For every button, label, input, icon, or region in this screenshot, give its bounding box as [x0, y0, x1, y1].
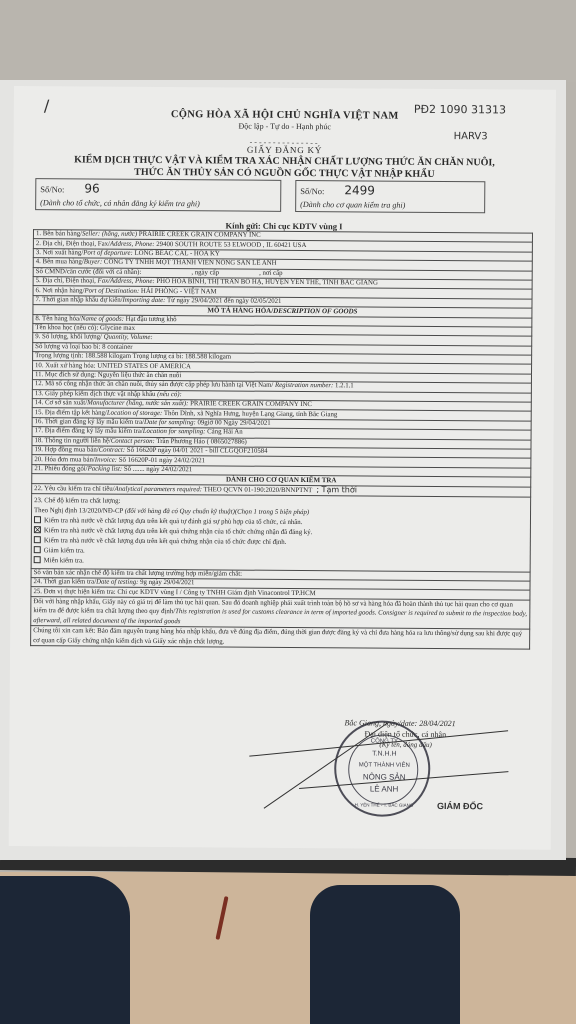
- field-text: Address, Phone:: [110, 240, 155, 247]
- field-text: 22. Yêu cầu kiểm tra chỉ tiêu/: [34, 485, 114, 493]
- regime-option-5[interactable]: Miễn kiểm tra.: [34, 556, 528, 569]
- field-text: 7. Thời gian nhập khẩu dự kiến/: [35, 296, 122, 304]
- field-text: Giảm kiểm tra.: [44, 547, 85, 554]
- field-text: PRAIRIE CREEK GRAIN COMPANY INC: [188, 400, 312, 408]
- field-text: Kiểm tra nhà nước về chất lượng dựa trên…: [44, 517, 302, 526]
- field-text: 25. Đơn vị thực hiện kiểm tra:: [33, 588, 115, 596]
- field-text: (đối với hàng đã có Quy chuẩn kỹ thuật)(…: [125, 507, 309, 515]
- field-text: 9. Số lượng, khối lượng/: [35, 334, 102, 341]
- field-text: 20. Hóa đơn mua bán/: [34, 456, 94, 463]
- field-text: 16. Thời gian đăng ký lấy mẫu kiểm tra/: [35, 418, 144, 426]
- field-text: Analytical parameters required:: [115, 485, 203, 493]
- right-foot: [310, 885, 460, 1024]
- director-title: GIÁM ĐỐC: [437, 801, 483, 811]
- field-text: 13. Giấy phép kiểm dịch thực vật nhập kh…: [35, 390, 157, 398]
- field-text: 10. Xuất xứ hàng hóa:: [35, 362, 96, 369]
- field-text: (nếu có):: [157, 391, 182, 398]
- field-text: 14. Cơ sở sản xuất/: [35, 399, 87, 406]
- field-text: 3. Nơi xuất hàng/: [36, 249, 83, 256]
- authority-number-value: 2499: [344, 183, 375, 197]
- field-text: 17. Địa điểm đăng ký lấy mẫu kiểm tra/: [35, 428, 143, 436]
- field-text: Buyer:: [84, 259, 103, 266]
- field-text: Số ....... ngày 24/02/2021: [122, 466, 192, 473]
- field-text: 15. Địa điểm tập kết hàng/: [35, 409, 107, 417]
- checkbox-icon[interactable]: [34, 517, 41, 524]
- field-text: CÔNG TY TNHH MỘT THÀNH VIÊN NÔNG SẢN LÊ …: [102, 259, 276, 267]
- authority-number-label: Số/No:: [300, 186, 324, 196]
- field-text: 18. Thông tin người liên hệ/: [35, 437, 111, 445]
- field-text: Kiểm tra nhà nước về chất lượng dựa trên…: [44, 537, 287, 546]
- field-text: Cảng Hải An: [205, 429, 242, 436]
- field-text: Trần Phương Hảo ( 0865027886): [155, 438, 247, 446]
- checkbox-icon[interactable]: [34, 557, 41, 564]
- field-text: Name of goods:: [81, 315, 124, 322]
- registration-form: / PĐ2 1090 31313 HARV3 CỘNG HÒA XÃ HỘI C…: [9, 86, 556, 850]
- field-text: Manufacturer (hãng, nước sản xuất):: [87, 400, 188, 408]
- field-text: 29400 SOUTH ROUTE 53 ELWOOD , IL 60421 U…: [155, 241, 307, 249]
- field-text: Thôn Dĩnh, xã Nghĩa Hưng, huyện Lạng Gia…: [162, 410, 337, 418]
- field-text: Contract:: [99, 447, 125, 454]
- field-text: HẢI PHÒNG - VIỆT NAM: [139, 287, 216, 295]
- field-text: 21. Phiếu đóng gói/: [34, 465, 87, 472]
- field-text: Chi cục KDTV vùng I / Công ty TNHH Giám …: [116, 588, 316, 596]
- field-text: 19. Hợp đồng mua bán/: [34, 446, 98, 453]
- field-text: 12. Mã số công nhận thức ăn chăn nuôi, t…: [35, 381, 273, 390]
- authority-number-note: (Dành cho cơ quan kiểm tra ghi): [300, 200, 480, 210]
- field-text: , ngày cấp: [191, 269, 219, 276]
- registrant-number-value: 96: [84, 181, 99, 195]
- field-text: 188.588 kilogam: [85, 353, 131, 360]
- field-text: LONG BEAC CAL - HOA KỲ: [133, 250, 220, 258]
- field-text: 11. Mục đích sử dụng:: [35, 371, 96, 378]
- field-text: , nơi cấp: [259, 269, 282, 276]
- registrant-number-label: Số/No:: [40, 184, 64, 194]
- field-text: Số CMND/căn cước (đối với cá nhân):: [36, 268, 142, 276]
- registrant-number-box: Số/No:96 (Dành cho tổ chức, cá nhân đăng…: [35, 178, 281, 212]
- field-text: Tên khoa học (nếu có):: [35, 324, 98, 331]
- field-text: 8 container: [100, 343, 132, 350]
- field-text: Glycine max: [98, 325, 135, 332]
- registrant-number-note: (Dành cho tổ chức, cá nhân đăng ký kiểm …: [40, 198, 276, 209]
- field-text: 09giờ 00 Ngày 29/04/2021: [196, 419, 271, 427]
- form-table: 1. Bên bán hàng/Seller: (hãng, nước) PRA…: [30, 229, 533, 650]
- field-text: 5. Địa chỉ, Điện thoại,: [36, 277, 98, 284]
- field-text: PRAIRIE CREEK GRAIN COMPANY INC: [137, 231, 261, 239]
- field-text: Packing list:: [88, 465, 123, 472]
- handwritten-temporary: ; Tạm thời: [316, 485, 357, 494]
- field-text: 1. Bên bán hàng/: [36, 230, 82, 237]
- field-text: UNITED STATES OF AMERICA: [96, 362, 191, 370]
- field-text: (hãng, nước): [100, 231, 137, 238]
- left-foot: [0, 876, 130, 1024]
- field-text: Chúng tôi xin cam kết: Bảo đảm nguyên tr…: [31, 626, 530, 649]
- field-text: Location for sampling:: [143, 428, 206, 435]
- field-text: Port of departure:: [83, 249, 133, 256]
- field-text: Port of Destination:: [84, 287, 139, 294]
- checkbox-icon[interactable]: [34, 537, 41, 544]
- field-text: Date of testing:: [96, 579, 138, 586]
- field-text: 1.2.1.1: [333, 383, 353, 390]
- field-text: Nguyên liệu thức ăn chăn nuôi: [96, 372, 181, 380]
- field-text: Location of storage:: [107, 409, 163, 416]
- field-text: Số 16620P ngày 04/01 2021 - bill CLGQOF2…: [125, 447, 268, 455]
- customs-note: Đối với hàng nhập khẩu, Giấy này có giá …: [31, 596, 530, 629]
- field-text: Trọng lượng tịnh:: [35, 352, 85, 359]
- field-text: DESCRIPTION OF GOODS: [273, 307, 357, 316]
- authority-number-box: Số/No:2499 (Dành cho cơ quan kiểm tra gh…: [295, 180, 485, 213]
- field-text: 2. Địa chỉ, Điện thoại, Fax/: [36, 240, 110, 248]
- field-text: 188.588 kilogam: [185, 353, 231, 360]
- field-text: Fax/Address, Phone:: [98, 278, 155, 285]
- field-text: MÔ TẢ HÀNG HÓA/: [207, 307, 273, 315]
- field-quality-regime: 23. Chế độ kiểm tra chất lượng: Theo Ngh…: [31, 493, 531, 571]
- signature-date: Bắc Giang, ngày/date: 28/04/2021: [345, 718, 456, 728]
- field-text: Registration number:: [273, 382, 333, 389]
- field-text: Số lượng và loại bao bì:: [35, 343, 100, 350]
- checked-checkbox-icon[interactable]: [34, 527, 41, 534]
- field-text: Kiểm tra nhà nước về chất lượng dựa trên…: [44, 527, 312, 536]
- field-text: 6. Nơi nhận hàng/: [36, 287, 85, 294]
- field-text: 8. Tên hàng hóa/: [35, 315, 81, 322]
- field-text: Quantity, Volume:: [102, 334, 153, 341]
- field-text: 24. Thời gian kiểm tra/: [34, 578, 97, 585]
- field-text: Hạt đậu tương khô: [124, 315, 177, 322]
- field-text: 9g ngày 29/04/2021: [138, 579, 194, 586]
- field-text: THEO QCVN 01-190:2020/BNNPTNT: [202, 486, 312, 494]
- field-text: Miễn kiểm tra.: [44, 557, 84, 564]
- field-text: Importing date:: [122, 297, 165, 304]
- field-text: Date for sampling:: [144, 419, 196, 426]
- background-wall: [0, 0, 576, 82]
- commitment: Chúng tôi xin cam kết: Bảo đảm nguyên tr…: [31, 626, 530, 649]
- field-text: Từ ngày 29/04/2021 đến ngày 02/05/2021: [165, 297, 281, 305]
- field-text: PHỐ HÒA BÌNH, THỊ TRẤN BỐ HẠ, HUYỆN YÊN …: [155, 278, 378, 287]
- field-text: Trọng lượng cả bì:: [131, 353, 185, 360]
- field-text: Invoice:: [95, 456, 117, 463]
- field-text: 4. Bên mua hàng/: [36, 259, 84, 266]
- field-text: Số 16620P-01 ngày 24/02/2021: [117, 456, 205, 464]
- field-text: Theo Nghị định 13/2020/NĐ-CP: [34, 507, 125, 515]
- field-text: Seller:: [82, 231, 100, 238]
- field-text: Contact person:: [111, 437, 155, 444]
- checkbox-icon[interactable]: [34, 547, 41, 554]
